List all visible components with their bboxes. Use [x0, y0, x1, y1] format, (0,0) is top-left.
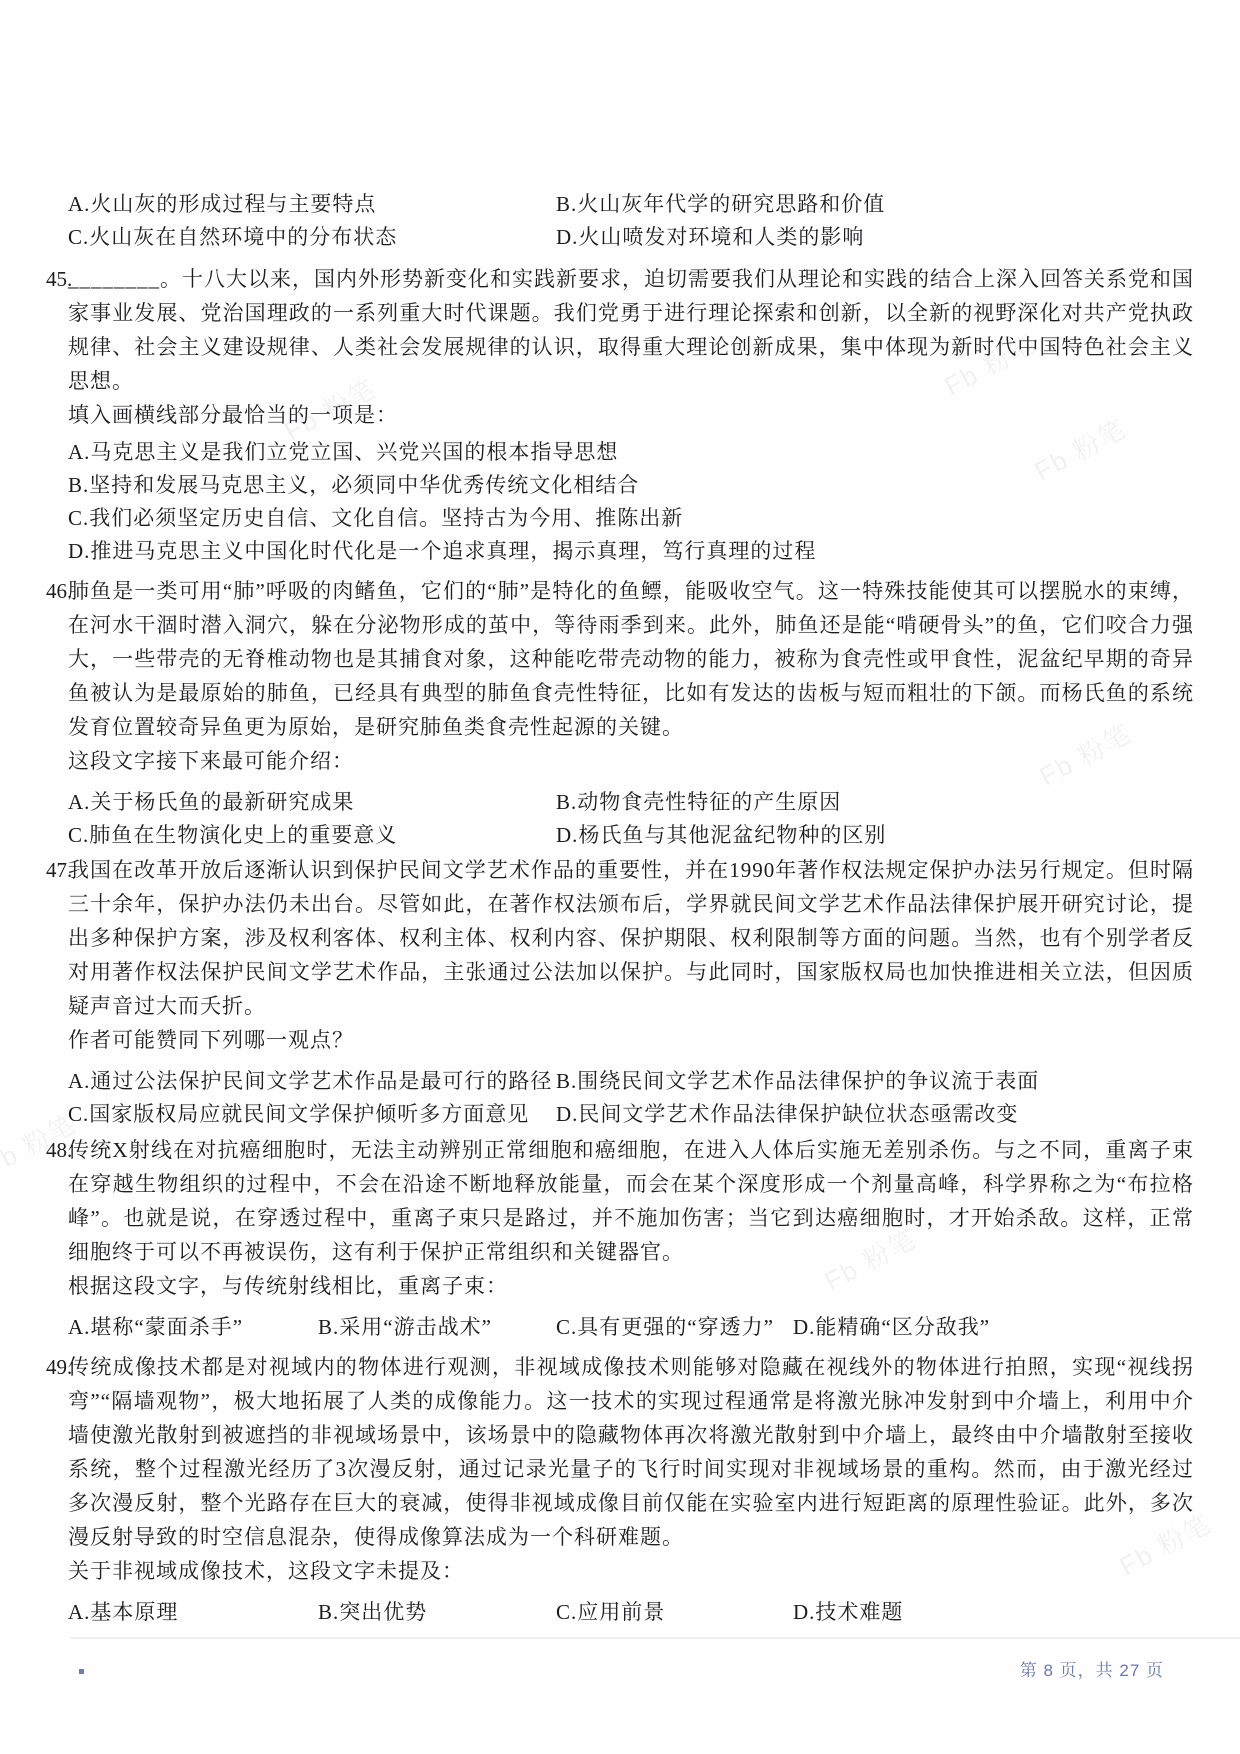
option-grid: A.通过公法保护民间文学艺术作品是最可行的路径 B.围绕民间文学艺术作品法律保护…	[68, 1065, 1194, 1131]
option-b: B.采用“游击战术”	[318, 1311, 556, 1344]
question-45: 45. ________。十八大以来，国内外形势新变化和实践新要求，迫切需要我们…	[0, 262, 1240, 568]
question-number: 45.	[46, 262, 72, 296]
option-a: A.通过公法保护民间文学艺术作品是最可行的路径	[68, 1065, 556, 1098]
option-grid: A.关于杨氏鱼的最新研究成果 B.动物食壳性特征的产生原因 C.肺鱼在生物演化史…	[68, 786, 1194, 852]
option-b: B.动物食壳性特征的产生原因	[556, 786, 1194, 819]
footer-divider	[70, 1637, 1240, 1639]
option-c: C.国家版权局应就民间文学保护倾听多方面意见	[68, 1098, 556, 1131]
question-prompt: 根据这段文字，与传统射线相比，重离子束：	[68, 1269, 1194, 1303]
option-d: D.能精确“区分敌我”	[793, 1311, 1194, 1344]
question-prompt: 这段文字接下来最可能介绍：	[68, 744, 1194, 778]
question-number: 47.	[46, 853, 72, 887]
option-a: A.关于杨氏鱼的最新研究成果	[68, 786, 556, 819]
option-d: D.火山喷发对环境和人类的影响	[556, 221, 1194, 254]
question-48: 48. 传统X射线在对抗癌细胞时，无法主动辨别正常细胞和癌细胞，在进入人体后实施…	[0, 1133, 1240, 1344]
page-number: 第 8 页，共 27 页	[1020, 1656, 1164, 1681]
question-49: 49. 传统成像技术都是对视域内的物体进行观测，非视域成像技术则能够对隐藏在视线…	[0, 1350, 1240, 1629]
question-prompt: 作者可能赞同下列哪一观点？	[68, 1023, 1194, 1057]
exam-document-page: Fb 粉笔 Fb 粉笔 Fb 粉笔 Fb 粉笔 Fb 粉笔 Fb 粉笔 Fb 粉…	[0, 0, 1240, 1754]
option-b: B.火山灰年代学的研究思路和价值	[556, 188, 1194, 221]
question-47: 47. 我国在改革开放后逐渐认识到保护民间文学艺术作品的重要性，并在1990年著…	[0, 853, 1240, 1131]
footnote-dot	[79, 1669, 84, 1674]
option-c: C.火山灰在自然环境中的分布状态	[68, 221, 556, 254]
option-c: C.具有更强的“穿透力”	[556, 1311, 793, 1344]
option-d: D.推进马克思主义中国化时代化是一个追求真理，揭示真理，笃行真理的过程	[68, 535, 1194, 568]
option-c: C.我们必须坚定历史自信、文化自信。坚持古为今用、推陈出新	[68, 502, 1194, 535]
option-b: B.突出优势	[318, 1596, 556, 1629]
question-number: 46.	[46, 574, 72, 608]
question-44-options: A.火山灰的形成过程与主要特点 B.火山灰年代学的研究思路和价值 C.火山灰在自…	[0, 188, 1240, 254]
option-a: A.马克思主义是我们立党立国、兴党兴国的根本指导思想	[68, 436, 1194, 469]
option-c: C.应用前景	[556, 1596, 793, 1629]
option-a: A.堪称“蒙面杀手”	[68, 1311, 318, 1344]
option-b: B.围绕民间文学艺术作品法律保护的争议流于表面	[556, 1065, 1194, 1098]
option-grid: A.堪称“蒙面杀手” B.采用“游击战术” C.具有更强的“穿透力” D.能精确…	[68, 1311, 1194, 1344]
option-grid: A.基本原理 B.突出优势 C.应用前景 D.技术难题	[68, 1596, 1194, 1629]
question-stem: 传统成像技术都是对视域内的物体进行观测，非视域成像技术则能够对隐藏在视线外的物体…	[68, 1350, 1194, 1554]
question-stem: ________。十八大以来，国内外形势新变化和实践新要求，迫切需要我们从理论和…	[68, 262, 1194, 398]
question-prompt: 填入画横线部分最恰当的一项是：	[68, 398, 1194, 432]
option-a: A.基本原理	[68, 1596, 318, 1629]
option-d: D.民间文学艺术作品法律保护缺位状态亟需改变	[556, 1098, 1194, 1131]
question-stem: 传统X射线在对抗癌细胞时，无法主动辨别正常细胞和癌细胞，在进入人体后实施无差别杀…	[68, 1133, 1194, 1269]
question-stem: 我国在改革开放后逐渐认识到保护民间文学艺术作品的重要性，并在1990年著作权法规…	[68, 853, 1194, 1023]
option-grid: A.火山灰的形成过程与主要特点 B.火山灰年代学的研究思路和价值 C.火山灰在自…	[68, 188, 1194, 254]
question-stem: 肺鱼是一类可用“肺”呼吸的肉鳍鱼，它们的“肺”是特化的鱼鳔，能吸收空气。这一特殊…	[68, 574, 1194, 744]
question-number: 48.	[46, 1133, 72, 1167]
option-c: C.肺鱼在生物演化史上的重要意义	[68, 819, 556, 852]
option-d: D.杨氏鱼与其他泥盆纪物种的区别	[556, 819, 1194, 852]
question-prompt: 关于非视域成像技术，这段文字未提及：	[68, 1554, 1194, 1588]
option-b: B.坚持和发展马克思主义，必须同中华优秀传统文化相结合	[68, 469, 1194, 502]
option-d: D.技术难题	[793, 1596, 1194, 1629]
question-number: 49.	[46, 1350, 72, 1384]
option-list: A.马克思主义是我们立党立国、兴党兴国的根本指导思想 B.坚持和发展马克思主义，…	[68, 436, 1194, 568]
option-a: A.火山灰的形成过程与主要特点	[68, 188, 556, 221]
question-46: 46. 肺鱼是一类可用“肺”呼吸的肉鳍鱼，它们的“肺”是特化的鱼鳔，能吸收空气。…	[0, 574, 1240, 852]
